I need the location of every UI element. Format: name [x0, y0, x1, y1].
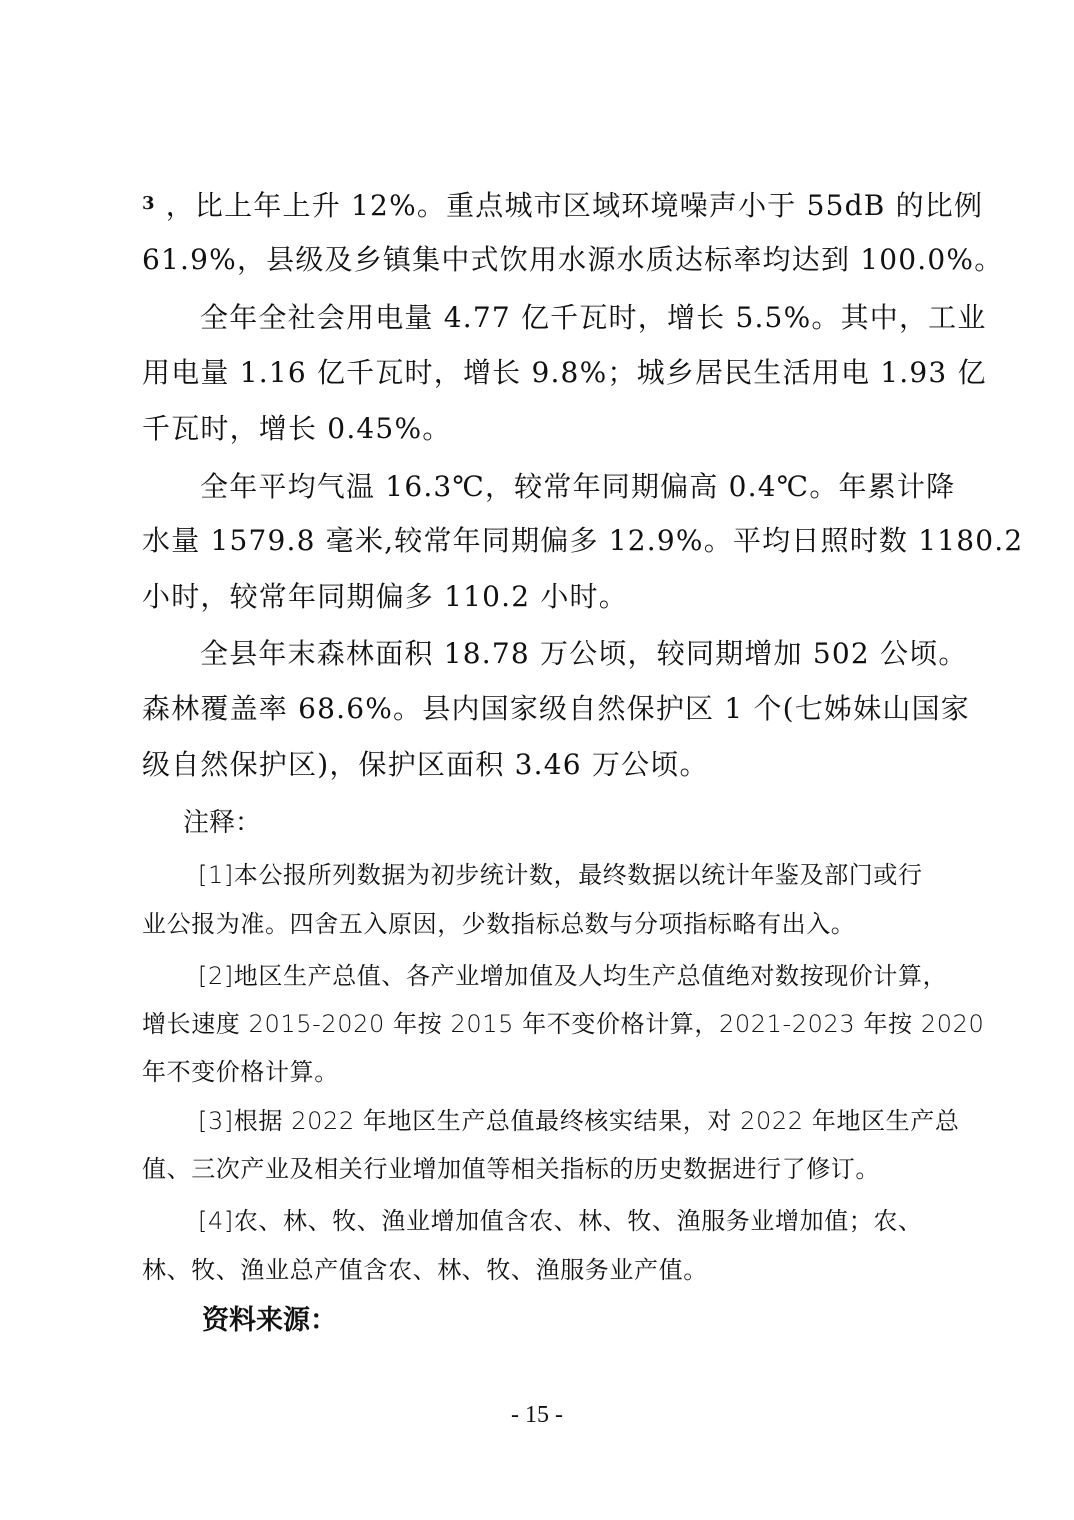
- note-line: 值、三次产业及相关行业增加值等相关指标的历史数据进行了修订。: [142, 1151, 942, 1187]
- paragraph-line: 森林覆盖率 68.6%。县内国家级自然保护区 1 个(七姊妹山国家: [142, 689, 942, 729]
- source-heading: 资料来源：: [202, 1301, 337, 1341]
- notes-heading: 注释：: [183, 805, 261, 841]
- note-line: 年不变价格计算。: [142, 1054, 942, 1090]
- superscript-marker: 3: [142, 193, 156, 214]
- paragraph-line: 小时，较常年同期偏多 110.2 小时。: [142, 577, 942, 617]
- document-page: 3，比上年上升 12%。重点城市区域环境噪声小于 55dB 的比例 61.9%，…: [0, 0, 1074, 1520]
- paragraph-line: 61.9%，县级及乡镇集中式饮用水源水质达标率均达到 100.0%。: [142, 240, 942, 280]
- paragraph-line: 全县年末森林面积 18.78 万公顷，较同期增加 502 公顷。: [200, 634, 1000, 674]
- paragraph-line: 水量 1579.8 毫米,较常年同期偏多 12.9%。平均日照时数 1180.2: [142, 521, 942, 561]
- note-line: [2]地区生产总值、各产业增加值及人均生产总值绝对数按现价计算，: [198, 958, 998, 994]
- note-line: [3]根据 2022 年地区生产总值最终核实结果，对 2022 年地区生产总: [198, 1103, 998, 1139]
- paragraph-line: 级自然保护区)，保护区面积 3.46 万公顷。: [142, 745, 942, 785]
- paragraph-line: 用电量 1.16 亿千瓦时，增长 9.8%；城乡居民生活用电 1.93 亿: [142, 353, 942, 393]
- paragraph-line: 全年平均气温 16.3℃，较常年同期偏高 0.4℃。年累计降: [200, 467, 1000, 507]
- note-line: 增长速度 2015-2020 年按 2015 年不变价格计算，2021-2023…: [142, 1006, 942, 1042]
- page-number: - 15 -: [0, 1398, 1074, 1432]
- paragraph-line: 全年全社会用电量 4.77 亿千瓦时，增长 5.5%。其中，工业: [200, 298, 1000, 338]
- note-line: 业公报为准。四舍五入原因，少数指标总数与分项指标略有出入。: [142, 906, 942, 942]
- note-line: [4]农、林、牧、渔业增加值含农、林、牧、渔服务业增加值；农、: [198, 1203, 998, 1239]
- paragraph-line: 3，比上年上升 12%。重点城市区域环境噪声小于 55dB 的比例: [142, 184, 942, 226]
- note-line: [1]本公报所列数据为初步统计数，最终数据以统计年鉴及部门或行: [198, 857, 998, 893]
- note-line: 林、牧、渔业总产值含农、林、牧、渔服务业产值。: [142, 1252, 942, 1288]
- paragraph-line: 千瓦时，增长 0.45%。: [142, 409, 942, 449]
